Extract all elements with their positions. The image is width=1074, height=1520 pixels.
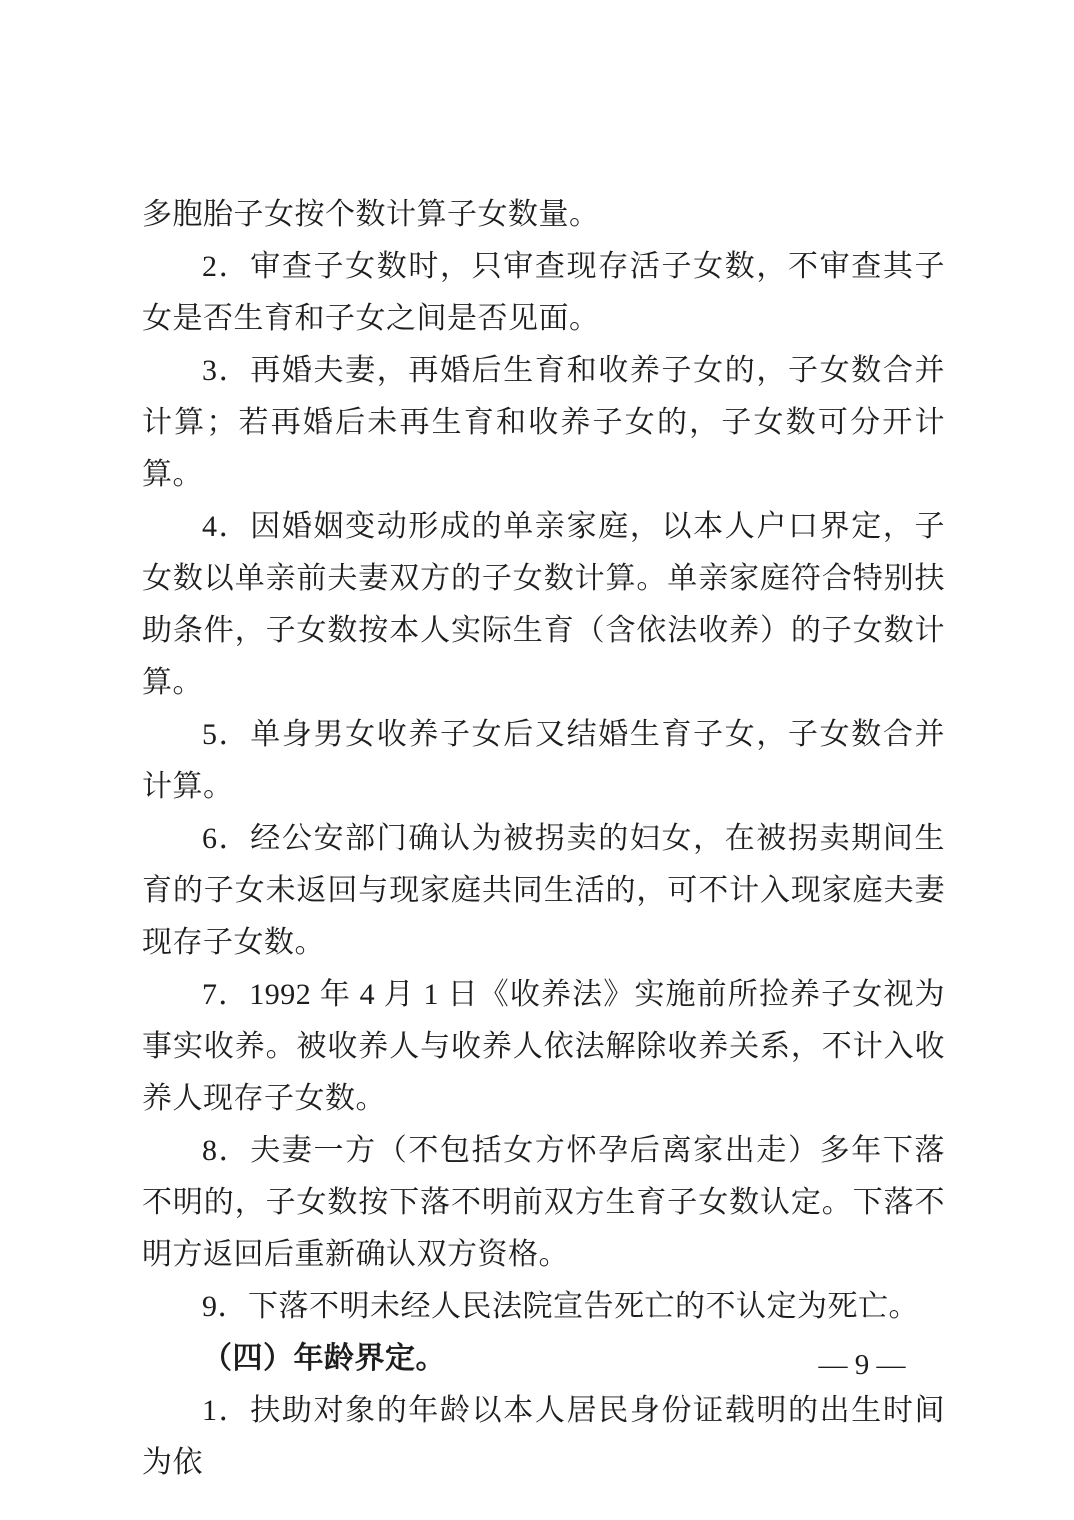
document-page: 多胞胎子女按个数计算子女数量。2．审查子女数时，只审查现存活子女数，不审查其子女…: [0, 0, 1074, 1520]
paragraph-item-9: 9．下落不明未经人民法院宣告死亡的不认定为死亡。: [142, 1281, 945, 1333]
paragraph-item-3: 3．再婚夫妻，再婚后生育和收养子女的，子女数合并计算；若再婚后未再生育和收养子女…: [142, 345, 945, 501]
page-number: — 9 —: [812, 1348, 912, 1382]
paragraph-item-5: 5．单身男女收养子女后又结婚生育子女，子女数合并计算。: [142, 709, 945, 813]
paragraph-item-4: 4．因婚姻变动形成的单亲家庭，以本人户口界定，子女数以单亲前夫妻双方的子女数计算…: [142, 501, 945, 709]
paragraph-item-8: 8．夫妻一方（不包括女方怀孕后离家出走）多年下落不明的，子女数按下落不明前双方生…: [142, 1125, 945, 1281]
paragraph-item-1-age: 1．扶助对象的年龄以本人居民身份证载明的出生时间为依: [142, 1385, 945, 1489]
paragraph-continuation: 多胞胎子女按个数计算子女数量。: [142, 189, 945, 241]
paragraph-item-7: 7．1992 年 4 月 1 日《收养法》实施前所捡养子女视为事实收养。被收养人…: [142, 969, 945, 1125]
document-body: 多胞胎子女按个数计算子女数量。2．审查子女数时，只审查现存活子女数，不审查其子女…: [142, 189, 945, 1489]
paragraph-item-6: 6．经公安部门确认为被拐卖的妇女，在被拐卖期间生育的子女未返回与现家庭共同生活的…: [142, 813, 945, 969]
paragraph-item-2: 2．审查子女数时，只审查现存活子女数，不审查其子女是否生育和子女之间是否见面。: [142, 241, 945, 345]
